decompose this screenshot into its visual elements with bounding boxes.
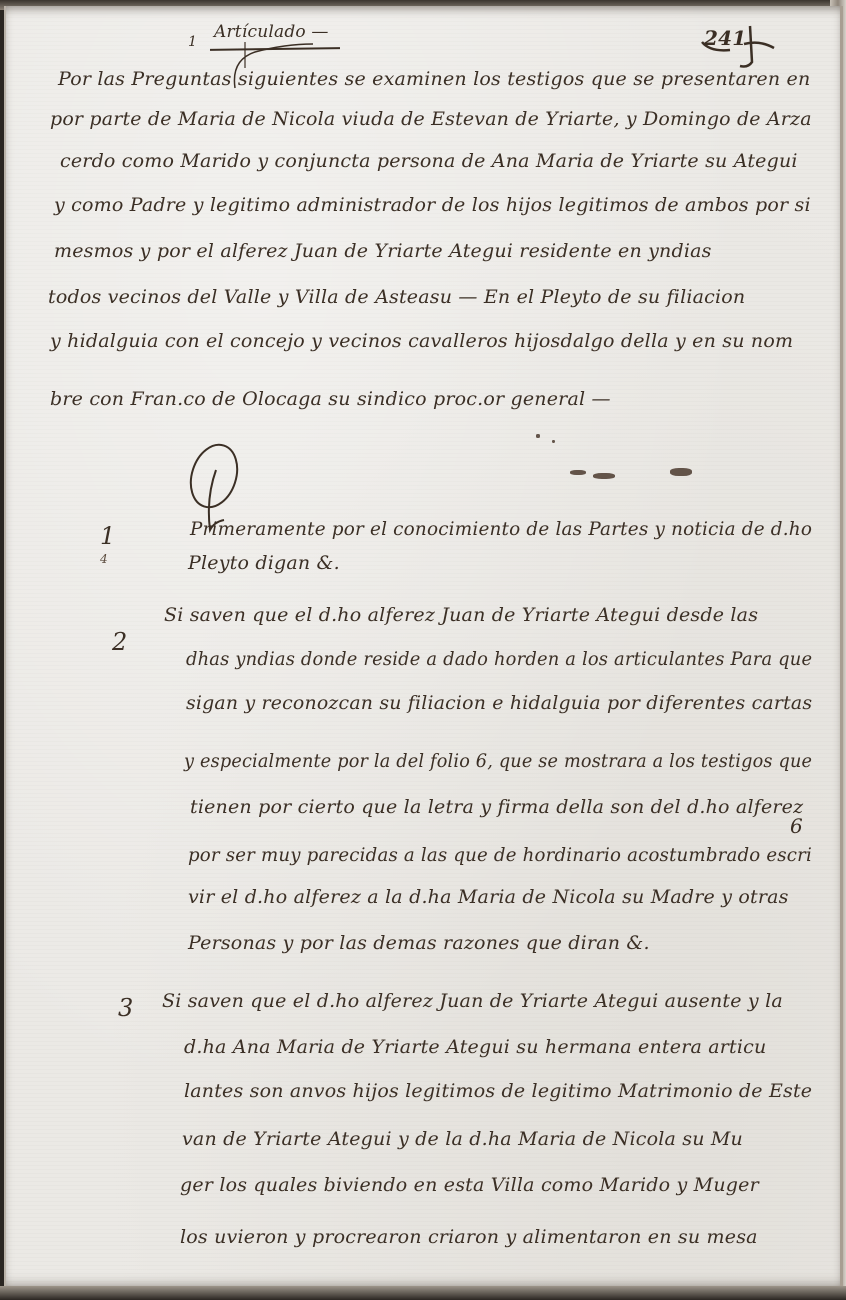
article-line: Pleyto digan &. <box>188 552 340 574</box>
article-line: Personas y por las demas razones que dir… <box>188 932 650 954</box>
article-line: los uvieron y procrearon criaron y alime… <box>180 1226 758 1248</box>
article-line: d.ha Ana Maria de Yriarte Ategui su herm… <box>184 1036 766 1058</box>
marginal-mark: 4 <box>100 552 108 566</box>
article-line: Primeramente por el conocimiento de las … <box>190 518 812 540</box>
ink-stain <box>536 434 540 438</box>
article-line: sigan y reconozcan su filiacion e hidalg… <box>186 692 812 714</box>
heading-caret: 1 <box>188 34 197 50</box>
article-line: y especialmente por la del folio 6, que … <box>184 750 812 772</box>
preamble-line: por parte de Maria de Nicola viuda de Es… <box>50 108 812 130</box>
article-line: tienen por cierto que la letra y firma d… <box>190 796 803 818</box>
article-line: Si saven que el d.ho alferez Juan de Yri… <box>162 990 783 1012</box>
preamble-line: bre con Fran.co de Olocaga su sindico pr… <box>50 388 611 410</box>
folio-flourish-icon <box>700 22 780 72</box>
article-number: 1 <box>100 522 115 550</box>
article-line: vir el d.ho alferez a la d.ha Maria de N… <box>188 886 789 908</box>
article-line: dhas yndias donde reside a dado horden a… <box>186 648 812 670</box>
ink-stain <box>670 468 692 476</box>
ink-stain <box>570 470 586 475</box>
ink-stain <box>552 440 555 443</box>
preamble-line: mesmos y por el alferez Juan de Yriarte … <box>54 240 712 262</box>
article-line: ger los quales biviendo en esta Villa co… <box>180 1174 759 1196</box>
preamble-line: y como Padre y legitimo administrador de… <box>54 194 811 216</box>
ink-stain <box>593 473 615 479</box>
preamble-line: Por las Preguntas siguientes se examinen… <box>58 68 810 90</box>
preamble-line: y hidalguia con el concejo y vecinos cav… <box>50 330 793 352</box>
article-line: Si saven que el d.ho alferez Juan de Yri… <box>164 604 758 626</box>
scan-bottom-edge <box>0 1286 846 1300</box>
preamble-line: cerdo como Marido y conjuncta persona de… <box>60 150 798 172</box>
article-line: lantes son anvos hijos legitimos de legi… <box>184 1080 812 1102</box>
preamble-line: todos vecinos del Valle y Villa de Astea… <box>48 286 745 308</box>
article-line: por ser muy parecidas a las que de hordi… <box>188 844 812 866</box>
article-number: 2 <box>112 628 127 656</box>
article-line: van de Yriarte Ategui y de la d.ha Maria… <box>182 1128 743 1150</box>
marginal-folio-ref: 6 <box>790 814 803 838</box>
article-number: 3 <box>118 994 133 1022</box>
